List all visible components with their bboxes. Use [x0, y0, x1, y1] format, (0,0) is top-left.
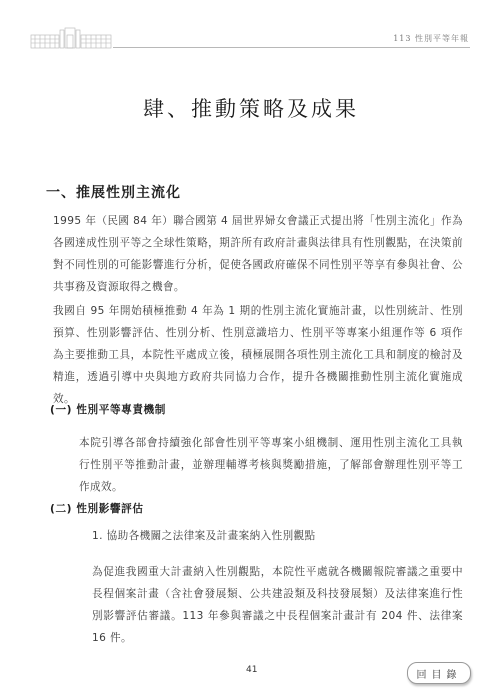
building-illustration-icon [30, 27, 112, 49]
subsection-heading-impact-assessment: (二) 性別影響評估 [50, 501, 144, 516]
paragraph-history: 我國自 95 年開始積極推動 4 年為 1 期的性別主流化實施計畫，以性別統計、… [53, 300, 463, 410]
header-divider [113, 47, 470, 48]
list-item-label: 1. 協助各機關之法律案及計畫案納入性別觀點 [92, 528, 316, 543]
back-to-toc-button[interactable]: 回目錄 [407, 662, 471, 684]
paragraph-gender-mechanism: 本院引導各部會持續強化部會性別平等專案小組機制、運用性別主流化工具執行性別平等推… [79, 432, 463, 498]
page-header: 113 性別平等年報 [0, 0, 502, 60]
page-number: 41 [246, 665, 257, 675]
paragraph-impact-assessment: 為促進我國重大計畫納入性別觀點，本院性平處就各機關報院審議之重要中長程個案計畫（… [92, 561, 463, 649]
section-heading: 一、推展性別主流化 [46, 182, 181, 202]
subsection-heading-gender-mechanism: (一) 性別平等專責機制 [50, 402, 166, 417]
chapter-title: 肆、推動策略及成果 [0, 93, 502, 123]
paragraph-intro: 1995 年（民國 84 年）聯合國第 4 屆世界婦女會議正式提出將「性別主流化… [53, 210, 463, 298]
header-title: 113 性別平等年報 [393, 33, 469, 44]
